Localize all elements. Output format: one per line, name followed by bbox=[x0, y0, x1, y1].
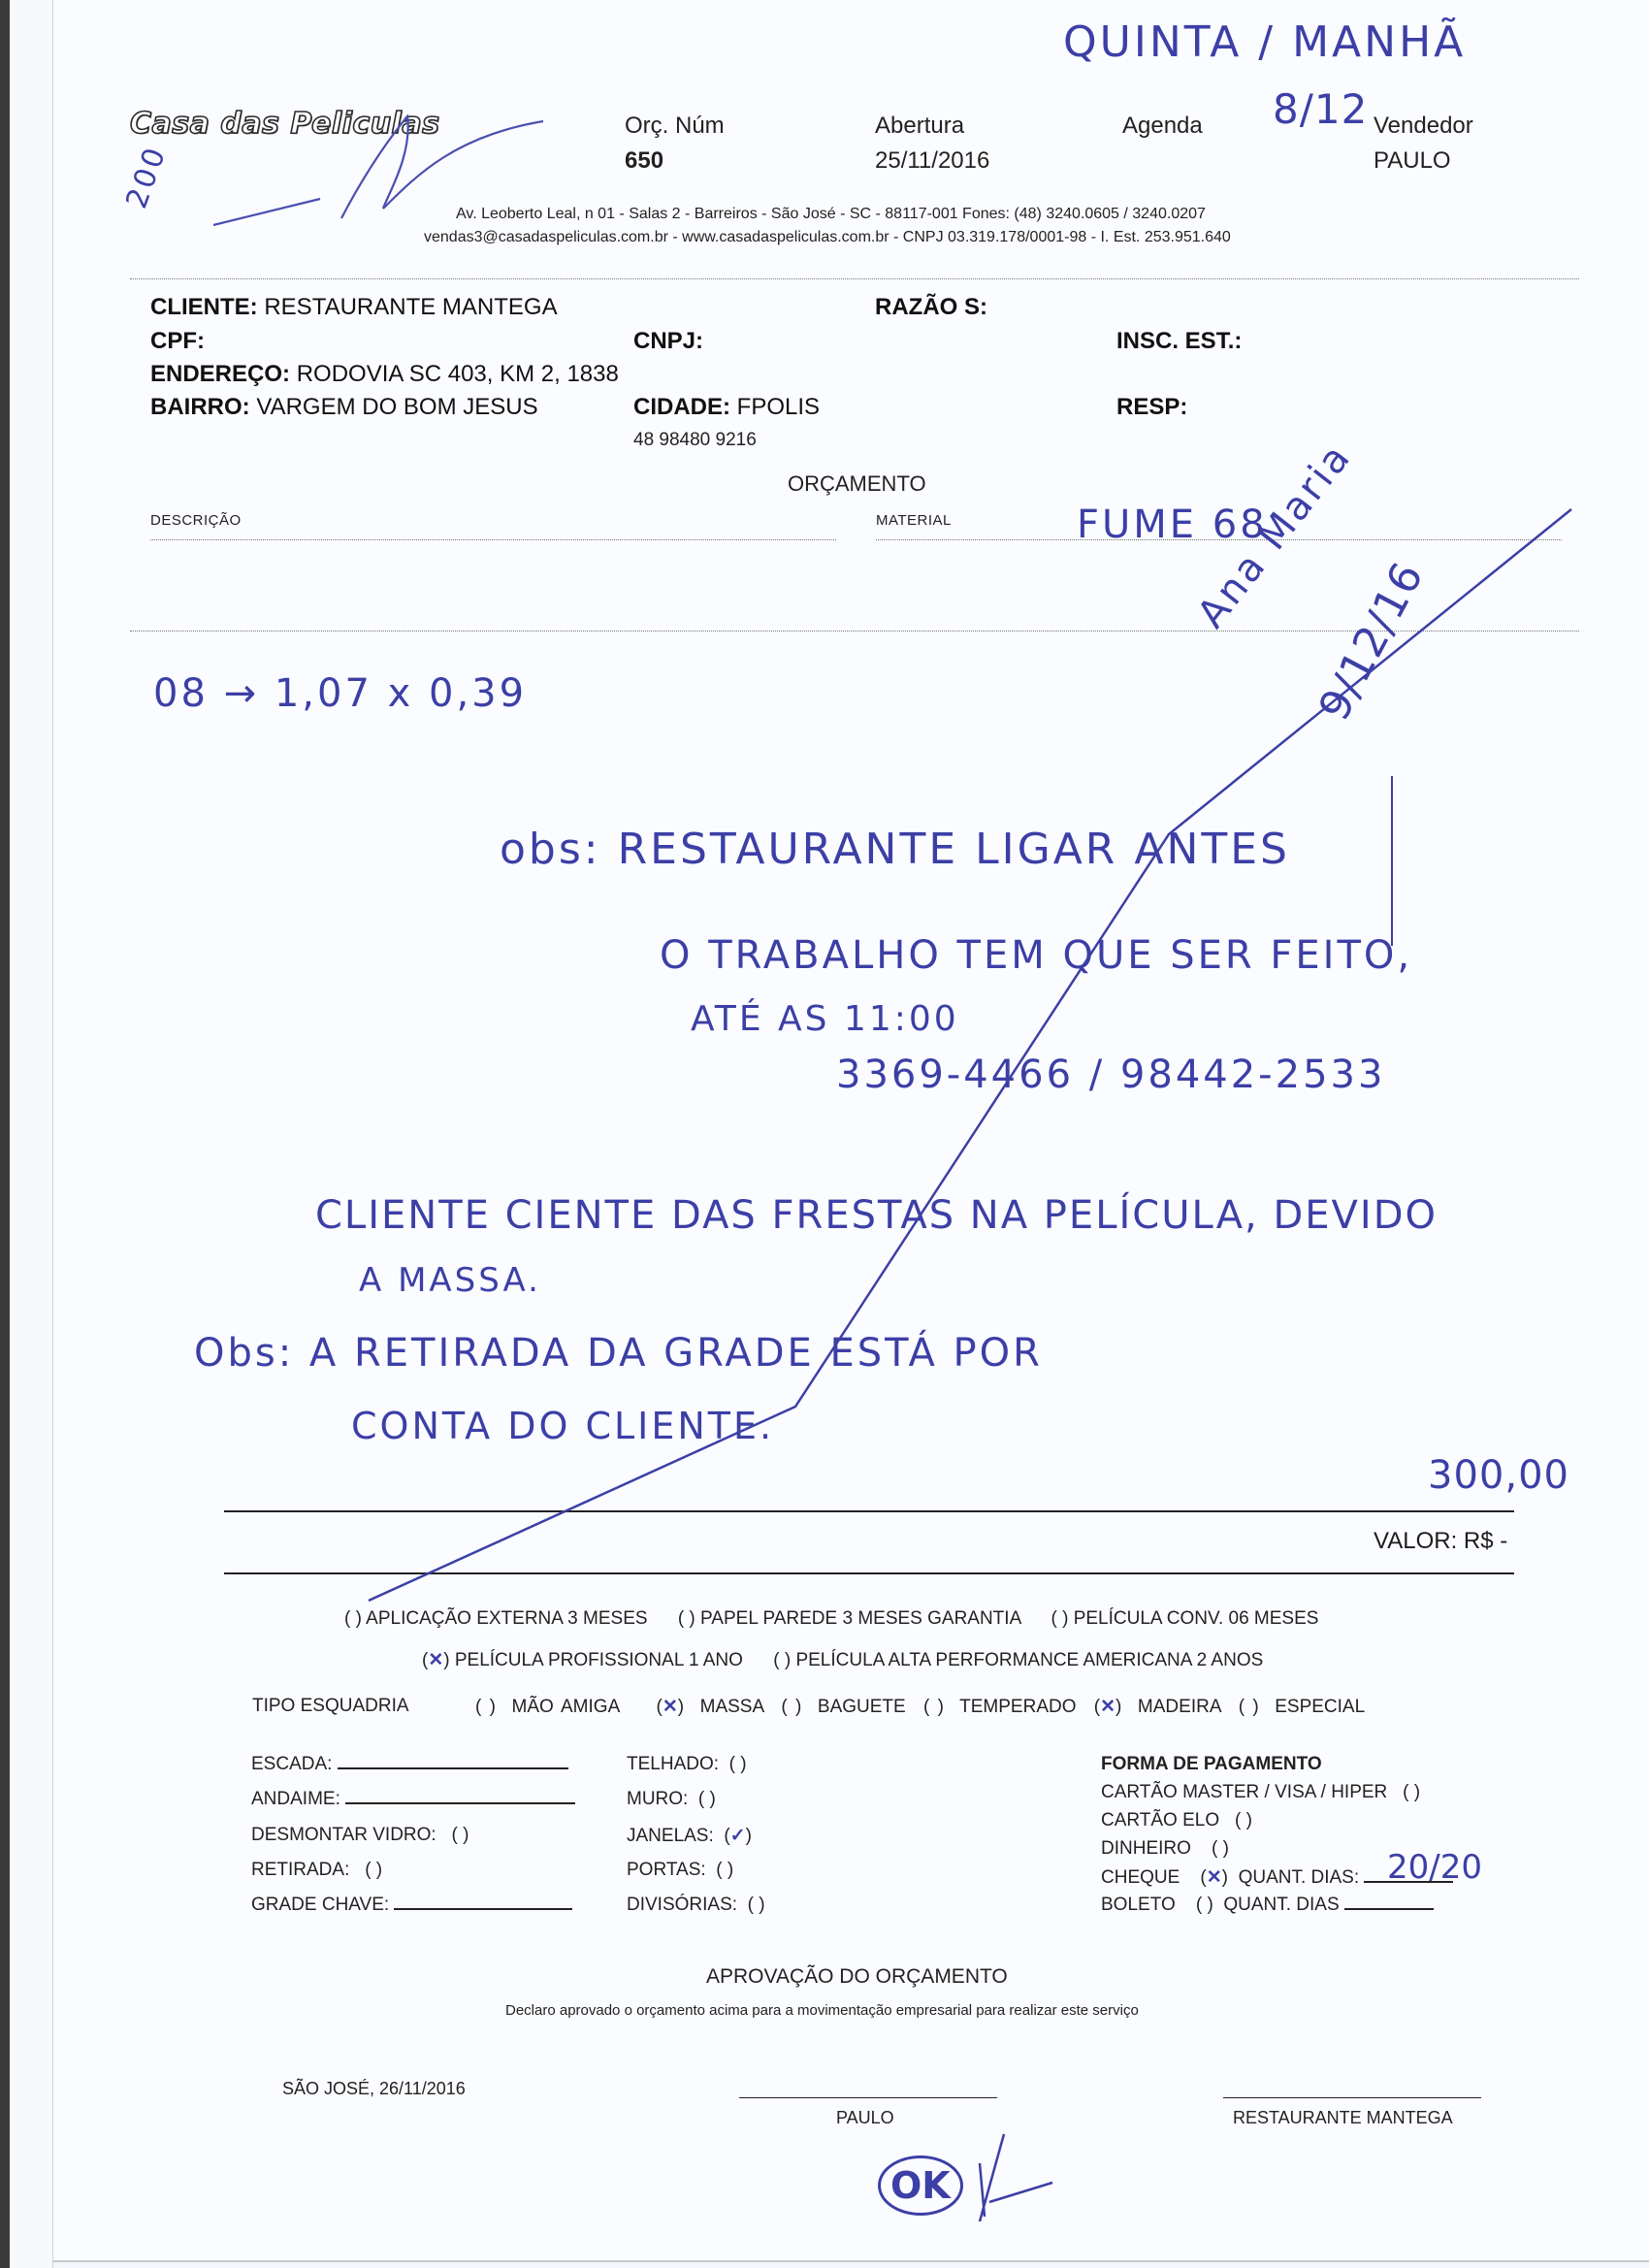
andaime-field[interactable] bbox=[345, 1802, 575, 1804]
checked-x-icon: ✕ bbox=[663, 1697, 678, 1717]
valor-bottom-rule bbox=[224, 1572, 1514, 1574]
endereco-field: ENDEREÇO: RODOVIA SC 403, KM 2, 1838 bbox=[150, 361, 619, 388]
warranty-option-alta-performance[interactable]: ( ) PELÍCULA ALTA PERFORMANCE AMERICANA … bbox=[773, 1650, 1263, 1670]
razao-label: RAZÃO S: bbox=[875, 294, 987, 320]
cpf-label: CPF: bbox=[150, 328, 205, 354]
descricao-label: DESCRIÇÃO bbox=[150, 512, 242, 529]
cidade-label: CIDADE: bbox=[633, 394, 730, 420]
handwritten-agenda-note: QUINTA / MANHÃ bbox=[1063, 17, 1466, 67]
esquadria-label: TIPO ESQUADRIA bbox=[252, 1696, 409, 1717]
checked-x-icon: ✕ bbox=[1207, 1867, 1222, 1888]
warranty-row-1: ( ) APLICAÇÃO EXTERNA 3 MESES ( ) PAPEL … bbox=[344, 1608, 1318, 1630]
bairro-value: VARGEM DO BOM JESUS bbox=[256, 394, 537, 420]
handwritten-value: 300,00 bbox=[1428, 1453, 1569, 1498]
seller-signature-label: PAULO bbox=[836, 2108, 894, 2128]
payment-option-boleto[interactable]: BOLETO ( ) QUANT. DIAS bbox=[1101, 1895, 1434, 1916]
handwritten-agenda-date: 8/12 bbox=[1273, 85, 1368, 133]
cliente-field: CLIENTE: RESTAURANTE MANTEGA bbox=[150, 294, 558, 321]
warranty-option-aplicacao-externa[interactable]: ( ) APLICAÇÃO EXTERNA 3 MESES bbox=[344, 1608, 648, 1629]
client-signature-label: RESTAURANTE MANTEGA bbox=[1233, 2108, 1453, 2128]
payment-option-cartao-master[interactable]: CARTÃO MASTER / VISA / HIPER ( ) bbox=[1101, 1782, 1420, 1803]
company-contact: vendas3@casadaspeliculas.com.br - www.ca… bbox=[424, 229, 1231, 246]
warranty-option-papel-parede[interactable]: ( ) PAPEL PAREDE 3 MESES GARANTIA bbox=[678, 1608, 1020, 1629]
endereco-value: RODOVIA SC 403, KM 2, 1838 bbox=[297, 361, 619, 387]
handwritten-obs-3: ATÉ AS 11:00 bbox=[691, 999, 959, 1039]
handwritten-material: FUME 68 bbox=[1077, 502, 1268, 547]
descricao-rule bbox=[150, 539, 836, 540]
esquadria-options: ( ) MÃO AMIGA (✕) MASSA ( ) BAGUETE ( ) … bbox=[475, 1696, 1365, 1718]
esquadria-option-especial[interactable]: ( ) ESPECIAL bbox=[1239, 1697, 1365, 1717]
handwritten-obs-1: obs: RESTAURANTE LIGAR ANTES bbox=[500, 825, 1290, 874]
esquadria-option-madeira[interactable]: (✕) MADEIRA bbox=[1094, 1697, 1221, 1717]
abertura-value: 25/11/2016 bbox=[875, 147, 989, 175]
extra-andaime: ANDAIME: bbox=[251, 1789, 575, 1810]
scan-edge-light bbox=[10, 0, 53, 2268]
warranty-row-2: (✕) PELÍCULA PROFISSIONAL 1 ANO ( ) PELÍ… bbox=[422, 1649, 1263, 1671]
extra-desmontar-vidro[interactable]: DESMONTAR VIDRO: ( ) bbox=[251, 1825, 469, 1846]
handwritten-obs-5: A MASSA. bbox=[359, 1261, 541, 1300]
extra-portas[interactable]: PORTAS: ( ) bbox=[627, 1860, 733, 1881]
handwritten-obs-6: Obs: A RETIRADA DA GRADE ESTÁ POR bbox=[194, 1331, 1043, 1376]
vendedor-value: PAULO bbox=[1374, 147, 1451, 175]
endereco-label: ENDEREÇO: bbox=[150, 361, 290, 387]
payment-title: FORMA DE PAGAMENTO bbox=[1101, 1754, 1322, 1775]
place-date: SÃO JOSÉ, 26/11/2016 bbox=[282, 2079, 466, 2099]
cpf-field: CPF: bbox=[150, 328, 205, 355]
escada-field[interactable] bbox=[338, 1767, 568, 1769]
orcamento-title: ORÇAMENTO bbox=[788, 471, 926, 497]
valor-label: VALOR: R$ - bbox=[1374, 1528, 1507, 1555]
seller-signature-line bbox=[739, 2097, 997, 2098]
payment-option-cartao-elo[interactable]: CARTÃO ELO ( ) bbox=[1101, 1810, 1252, 1831]
esquadria-option-baguete[interactable]: ( ) BAGUETE bbox=[781, 1697, 905, 1717]
material-label: MATERIAL bbox=[876, 512, 952, 529]
cliente-label: CLIENTE: bbox=[150, 294, 258, 320]
handwritten-phones: 3369-4466 / 98442-2533 bbox=[836, 1053, 1385, 1097]
handwritten-obs-7: CONTA DO CLIENTE. bbox=[351, 1405, 774, 1447]
scan-edge-dark bbox=[0, 0, 10, 2268]
extra-escada: ESCADA: bbox=[251, 1754, 568, 1775]
company-address: Av. Leoberto Leal, n 01 - Salas 2 - Barr… bbox=[456, 206, 1206, 223]
agenda-label: Agenda bbox=[1122, 113, 1203, 140]
handwritten-measurements: 08 → 1,07 x 0,39 bbox=[153, 671, 527, 716]
extra-janelas[interactable]: JANELAS: (✓) bbox=[627, 1825, 752, 1847]
resp-label: RESP: bbox=[1116, 394, 1187, 420]
cidade-field: CIDADE: FPOLIS bbox=[633, 394, 820, 421]
cliente-value: RESTAURANTE MANTEGA bbox=[264, 294, 557, 320]
bairro-label: BAIRRO: bbox=[150, 394, 250, 420]
client-phone: 48 98480 9216 bbox=[633, 430, 757, 451]
extra-divisorias[interactable]: DIVISÓRIAS: ( ) bbox=[627, 1895, 765, 1916]
cnpj-field: CNPJ: bbox=[633, 328, 703, 355]
abertura-label: Abertura bbox=[875, 113, 964, 140]
warranty-option-pelicula-conv[interactable]: ( ) PELÍCULA CONV. 06 MESES bbox=[1051, 1608, 1318, 1629]
bairro-field: BAIRRO: VARGEM DO BOM JESUS bbox=[150, 394, 538, 421]
orc-num-value: 650 bbox=[625, 147, 663, 175]
razao-field: RAZÃO S: bbox=[875, 294, 987, 321]
warranty-option-pelicula-profissional[interactable]: (✕) PELÍCULA PROFISSIONAL 1 ANO bbox=[422, 1650, 743, 1670]
extra-telhado[interactable]: TELHADO: ( ) bbox=[627, 1754, 747, 1775]
insc-est-field: INSC. EST.: bbox=[1116, 328, 1242, 355]
orc-num-label: Orç. Núm bbox=[625, 113, 725, 140]
extra-muro[interactable]: MURO: ( ) bbox=[627, 1789, 716, 1810]
grade-chave-field[interactable] bbox=[394, 1908, 572, 1910]
payment-option-dinheiro[interactable]: DINHEIRO ( ) bbox=[1101, 1838, 1229, 1860]
extra-retirada[interactable]: RETIRADA: ( ) bbox=[251, 1860, 382, 1881]
cnpj-label: CNPJ: bbox=[633, 328, 703, 354]
approval-declaration: Declaro aprovado o orçamento acima para … bbox=[505, 2002, 1139, 2019]
handwritten-cheque-days: 20/20 bbox=[1387, 1848, 1482, 1887]
approval-title: APROVAÇÃO DO ORÇAMENTO bbox=[706, 1965, 1008, 1989]
boleto-days-field[interactable] bbox=[1344, 1908, 1434, 1910]
client-signature-line bbox=[1223, 2097, 1481, 2098]
handwritten-obs-4: CLIENTE CIENTE DAS FRESTAS NA PELÍCULA, … bbox=[315, 1193, 1438, 1238]
esquadria-option-massa[interactable]: (✕) MASSA bbox=[656, 1697, 763, 1717]
company-logo: Casa das Peliculas bbox=[130, 107, 439, 141]
checked-x-icon: ✕ bbox=[1100, 1697, 1115, 1717]
esquadria-option-mao-amiga[interactable]: ( ) MÃO AMIGA bbox=[475, 1697, 619, 1717]
extra-grade-chave: GRADE CHAVE: bbox=[251, 1895, 572, 1916]
resp-field: RESP: bbox=[1116, 394, 1187, 421]
checkmark-icon: ✓ bbox=[730, 1826, 746, 1846]
document-page bbox=[53, 0, 1649, 2262]
checked-x-icon: ✕ bbox=[428, 1650, 443, 1670]
insc-est-label: INSC. EST.: bbox=[1116, 328, 1242, 354]
header-separator bbox=[130, 278, 1579, 279]
vendedor-label: Vendedor bbox=[1374, 113, 1473, 140]
handwritten-obs-2: O TRABALHO TEM QUE SER FEITO, bbox=[660, 933, 1412, 978]
handwritten-ok-mark: OK bbox=[878, 2155, 963, 2216]
esquadria-option-temperado[interactable]: ( ) TEMPERADO bbox=[923, 1697, 1077, 1717]
cidade-value: FPOLIS bbox=[737, 394, 820, 420]
valor-top-rule bbox=[224, 1510, 1514, 1512]
